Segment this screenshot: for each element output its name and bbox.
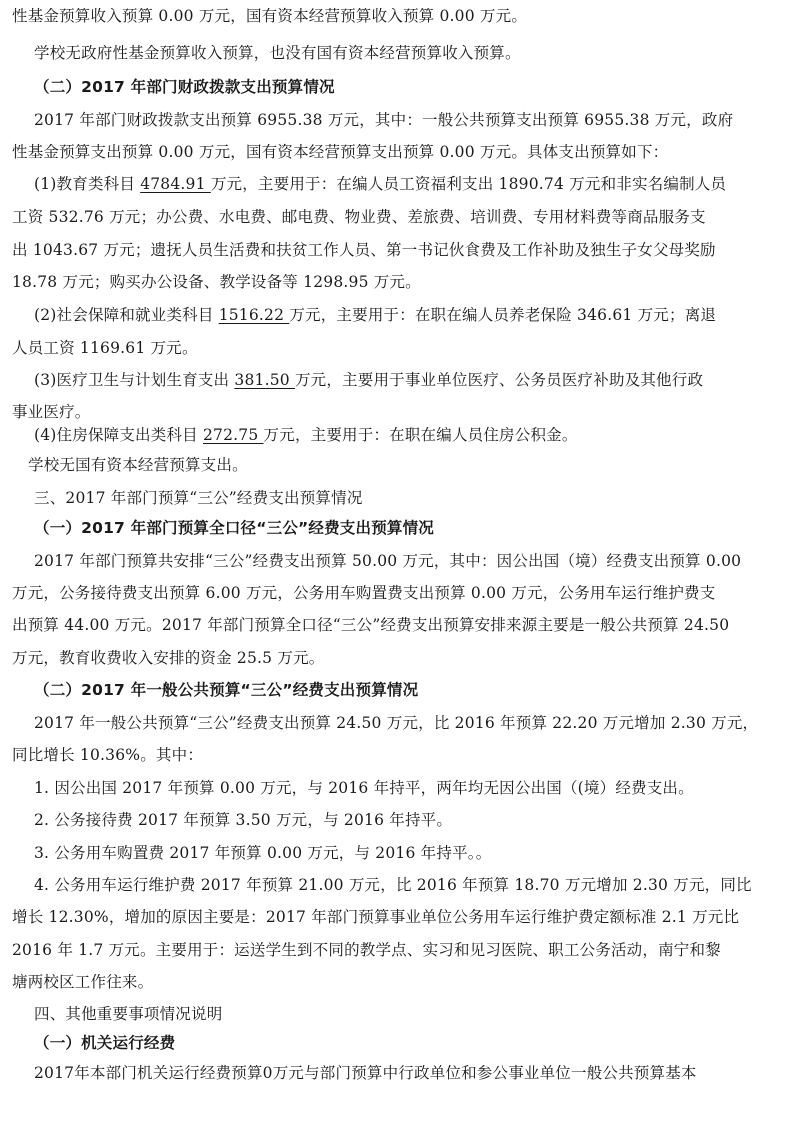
body-text: 出预算 44.00 万元。2017 年部门预算全口径“三公”经费支出预算安排来源… xyxy=(12,615,729,635)
item-text: 万元，主要用于事业单位医疗、公务员医疗补助及其他行政 xyxy=(295,371,703,389)
body-text: 增长 12.30%，增加的原因主要是：2017 年部门预算事业单位公务用车运行维… xyxy=(12,907,739,927)
body-text: 同比增长 10.36%。其中： xyxy=(12,745,203,765)
body-text: 18.78 万元；购买办公设备、教学设备等 1298.95 万元。 xyxy=(12,272,421,292)
list-item-social-security: (2)社会保障和就业类科目 1516.22 万元，主要用于：在职在编人员养老保险… xyxy=(34,305,716,325)
body-text: 2017年本部门机关运行经费预算0万元与部门预算中行政单位和参公事业单位一般公共… xyxy=(34,1063,697,1083)
list-item: 2. 公务接待费 2017 年预算 3.50 万元，与 2016 年持平。 xyxy=(34,810,452,830)
item-text: 万元，主要用于：在职在编人员养老保险 346.61 万元；离退 xyxy=(289,306,716,324)
list-item: 4. 公务用车运行维护费 2017 年预算 21.00 万元，比 2016 年预… xyxy=(34,875,752,895)
item-prefix: (3)医疗卫生与计划生育支出 xyxy=(34,371,234,389)
body-text: 性基金预算支出预算 0.00 万元，国有资本经营预算支出预算 0.00 万元。具… xyxy=(12,142,668,162)
body-text: 人员工资 1169.61 万元。 xyxy=(12,338,198,358)
list-item: 1. 因公出国 2017 年预算 0.00 万元，与 2016 年持平，两年均无… xyxy=(34,778,694,798)
section-heading: 三、2017 年部门预算“三公”经费支出预算情况 xyxy=(34,488,363,508)
list-item-health: (3)医疗卫生与计划生育支出 381.50 万元，主要用于事业单位医疗、公务员医… xyxy=(34,370,703,390)
body-text: 出 1043.67 万元；遗抚人员生活费和扶贫工作人员、第一书记伙食费及工作补助… xyxy=(12,240,716,260)
item-prefix: (4)住房保障支出类科目 xyxy=(34,426,203,444)
subsection-heading: （二）2017 年一般公共预算“三公”经费支出预算情况 xyxy=(34,680,418,700)
subsection-heading: （一）2017 年部门预算全口径“三公”经费支出预算情况 xyxy=(34,518,434,538)
body-text: 万元，教育收费收入安排的资金 25.5 万元。 xyxy=(12,648,324,668)
list-item: 3. 公务用车购置费 2017 年预算 0.00 万元，与 2016 年持平。。 xyxy=(34,843,491,863)
subsection-heading: （一）机关运行经费 xyxy=(34,1033,175,1053)
body-text: 性基金预算收入预算 0.00 万元，国有资本经营预算收入预算 0.00 万元。 xyxy=(12,6,527,26)
underlined-amount: 1516.22 xyxy=(219,306,290,324)
subsection-heading: （二）2017 年部门财政拨款支出预算情况 xyxy=(34,77,335,97)
item-text: 万元，主要用于：在编人员工资福利支出 1890.74 万元和非实名编制人员 xyxy=(211,175,726,193)
item-prefix: (1)教育类科目 xyxy=(34,175,140,193)
body-text: 学校无国有资本经营预算支出。 xyxy=(28,455,248,475)
body-text: 2017 年部门财政拨款支出预算 6955.38 万元，其中：一般公共预算支出预… xyxy=(34,110,733,130)
body-text: 学校无政府性基金预算收入预算，也没有国有资本经营预算收入预算。 xyxy=(34,43,521,63)
list-item-housing: (4)住房保障支出类科目 272.75 万元，主要用于：在职在编人员住房公积金。 xyxy=(34,425,578,445)
list-item-education: (1)教育类科目 4784.91 万元，主要用于：在编人员工资福利支出 1890… xyxy=(34,174,726,194)
item-prefix: (2)社会保障和就业类科目 xyxy=(34,306,219,324)
underlined-amount: 4784.91 xyxy=(140,175,211,193)
body-text: 2017 年一般公共预算“三公”经费支出预算 24.50 万元，比 2016 年… xyxy=(34,713,758,733)
body-text: 工资 532.76 万元；办公费、水电费、邮电费、物业费、差旅费、培训费、专用材… xyxy=(12,207,706,227)
body-text: 2016 年 1.7 万元。主要用于：运送学生到不同的教学点、实习和见习医院、职… xyxy=(12,940,721,960)
body-text: 塘两校区工作往来。 xyxy=(12,972,153,992)
body-text: 万元，公务接待费支出预算 6.00 万元，公务用车购置费支出预算 0.00 万元… xyxy=(12,583,715,603)
underlined-amount: 272.75 xyxy=(203,426,264,444)
underlined-amount: 381.50 xyxy=(234,371,295,389)
body-text: 2017 年部门预算共安排“三公”经费支出预算 50.00 万元，其中：因公出国… xyxy=(34,551,741,571)
section-heading: 四、其他重要事项情况说明 xyxy=(34,1004,222,1024)
body-text: 事业医疗。 xyxy=(12,402,91,422)
item-text: 万元，主要用于：在职在编人员住房公积金。 xyxy=(264,426,578,444)
